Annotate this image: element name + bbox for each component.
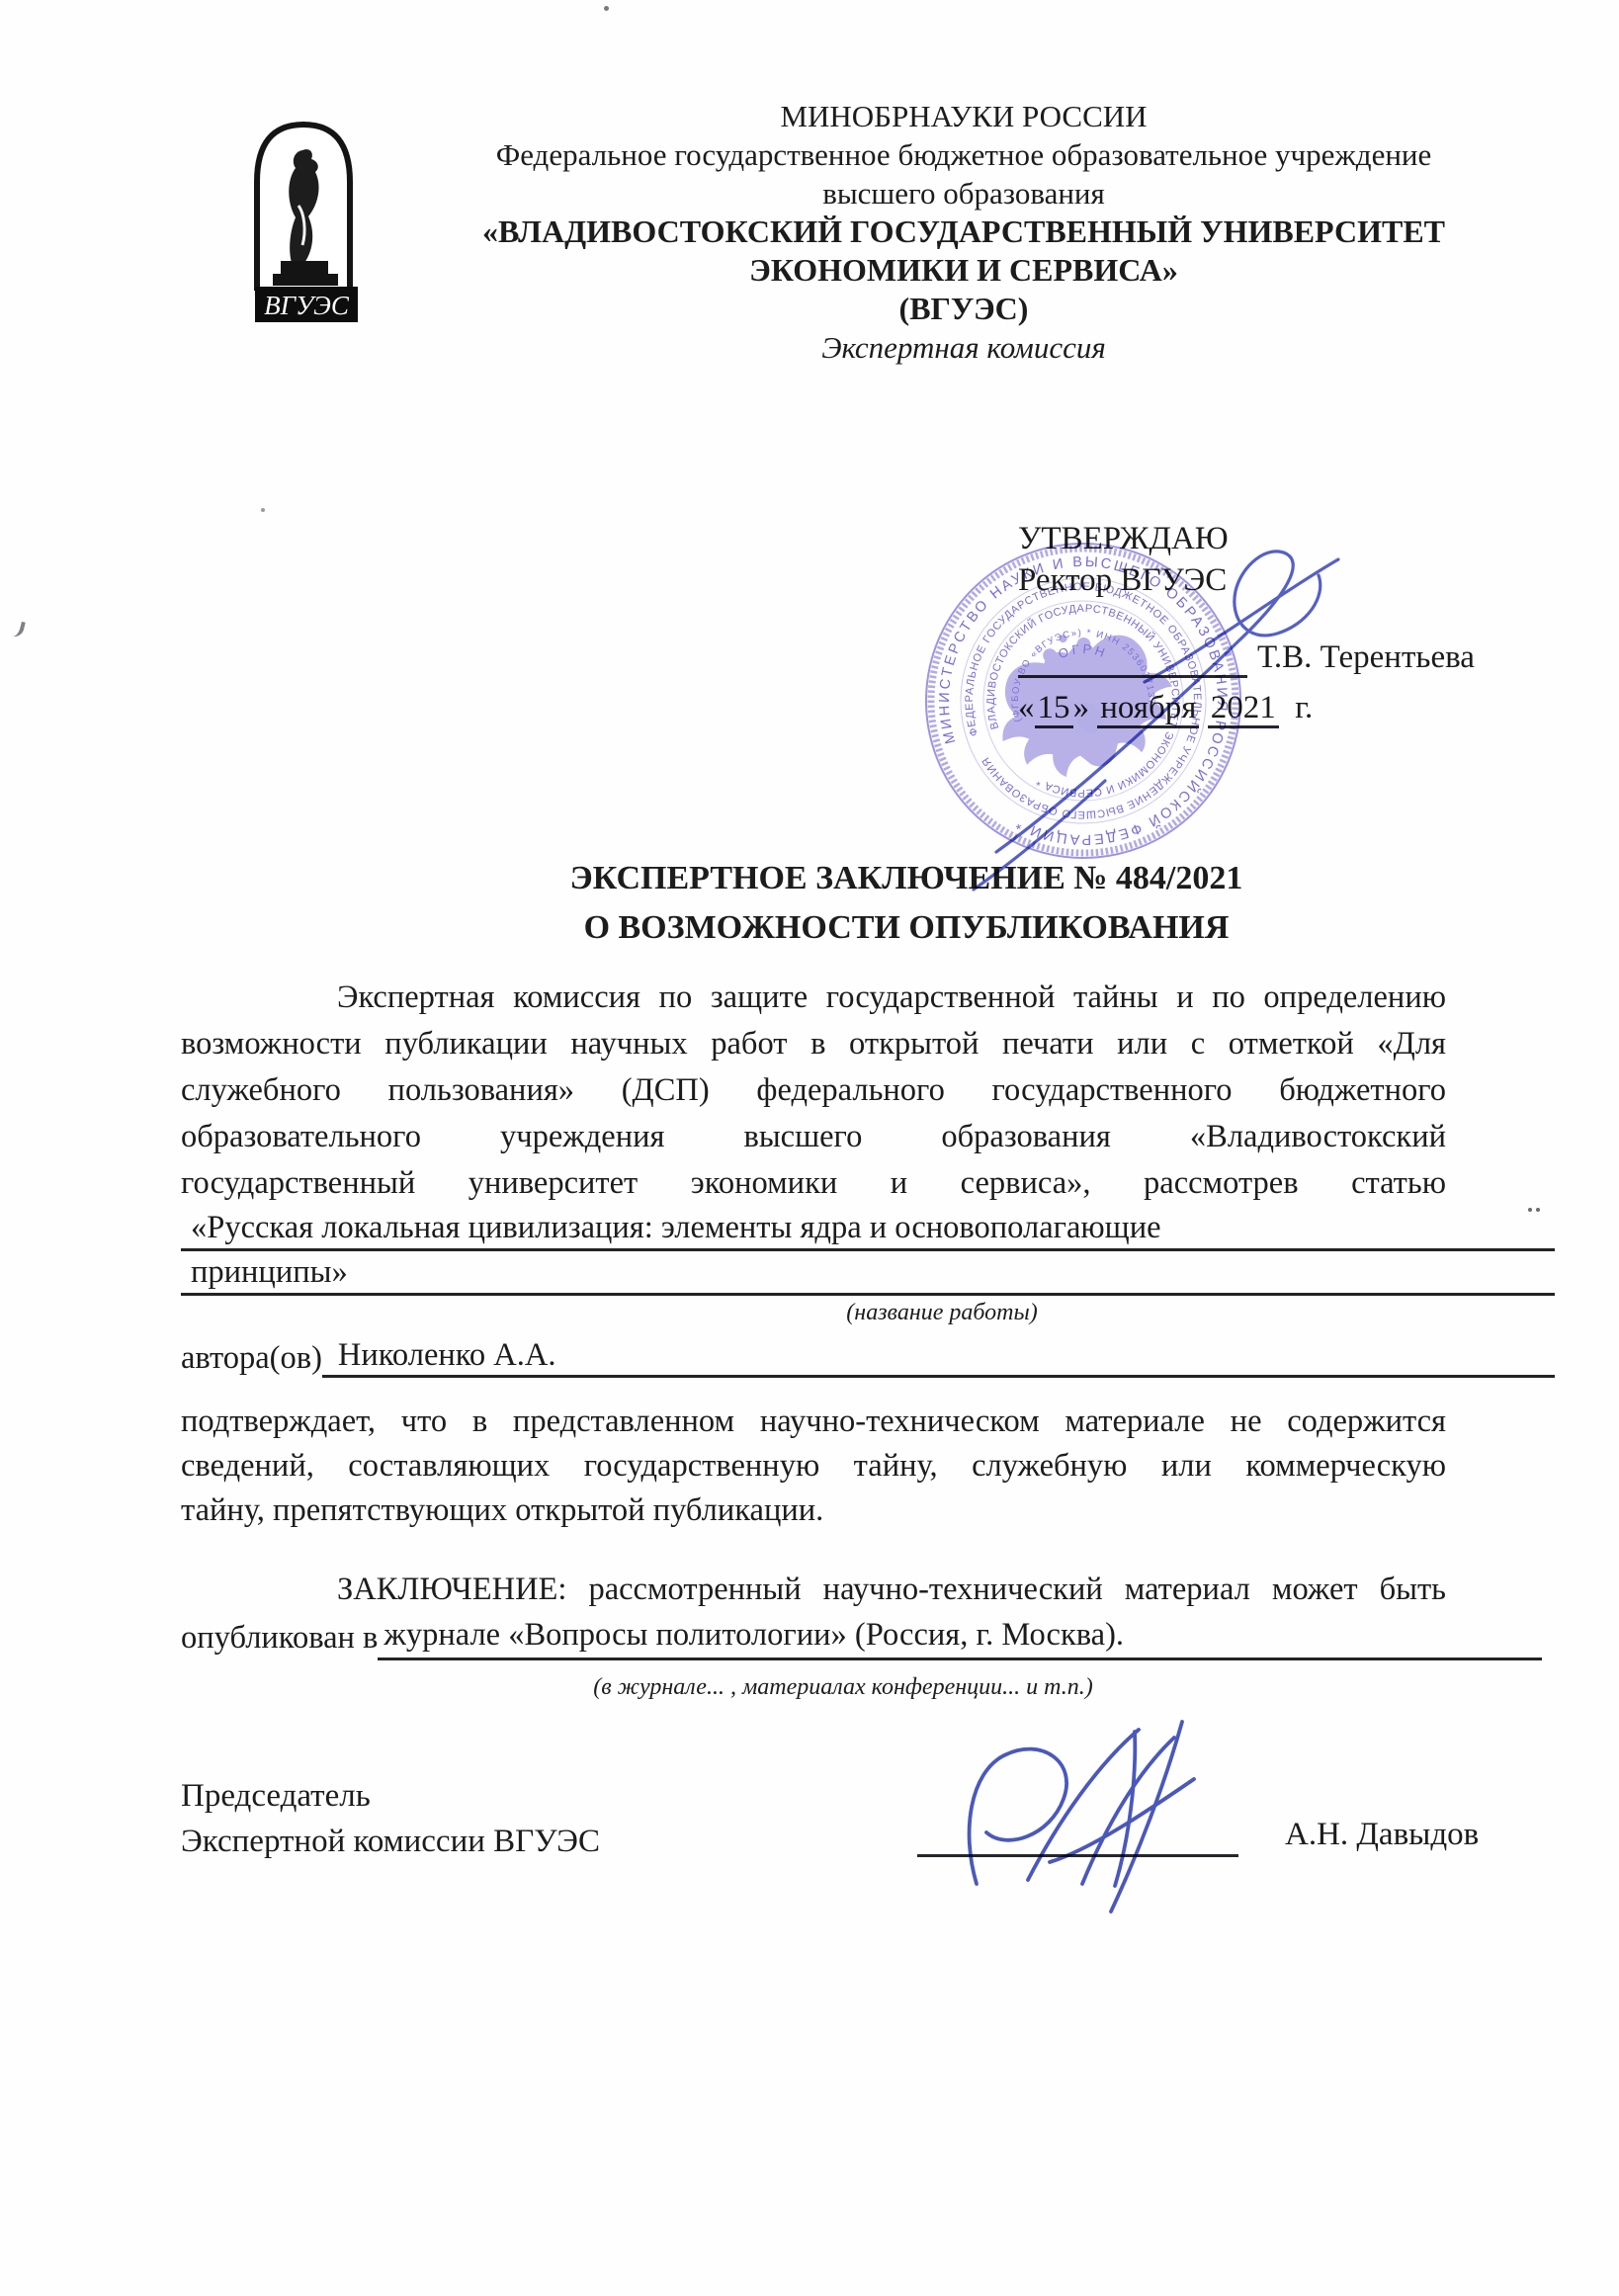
paragraph2: подтверждает, что в представленном научн… <box>181 1400 1446 1533</box>
conclusion-prefix: опубликован в <box>181 1615 378 1660</box>
scan-artifact <box>261 508 265 512</box>
university-name-line1: «ВЛАДИВОСТОКСКИЙ ГОСУДАРСТВЕННЫЙ УНИВЕРС… <box>415 213 1512 251</box>
conclusion-blank-line <box>1124 1658 1542 1660</box>
chairman-signature-ink <box>970 1722 1194 1912</box>
university-name-line2: ЭКОНОМИКИ И СЕРВИСА» <box>415 251 1512 290</box>
chairman-name: А.Н. Давыдов <box>1285 1817 1479 1853</box>
conclusion-journal-underlined: журнале «Вопросы политологии» (Россия, г… <box>378 1612 1124 1660</box>
paragraph1-line: государственный университет экономики и … <box>181 1160 1446 1207</box>
conclusion-line2: опубликован в журнале «Вопросы политолог… <box>181 1612 1542 1660</box>
author-name-underlined: Николенко А.А. <box>322 1335 1555 1378</box>
author-row: автора(ов) Николенко А.А. <box>181 1335 1555 1378</box>
official-round-stamp: МИНИСТЕРСТВО НАУКИ И ВЫСШЕГО ОБРАЗОВАНИЯ… <box>915 533 1251 869</box>
chairman-signature-line <box>917 1854 1238 1857</box>
scan-artifact <box>10 620 26 638</box>
paragraph1-line: образовательного учреждения высшего обра… <box>181 1114 1446 1160</box>
org-line1: Федеральное государственное бюджетное об… <box>415 135 1512 174</box>
university-abbr: (ВГУЭС) <box>415 290 1512 328</box>
paragraph2-line: тайну, препятствующих открытой публикаци… <box>181 1488 1446 1533</box>
university-logo: ВГУЭС <box>247 111 362 329</box>
paragraph1-line: возможности публикации научных работ в о… <box>181 1021 1446 1067</box>
letterhead: МИНОБРНАУКИ РОССИИ Федеральное государст… <box>415 97 1512 367</box>
document-title: ЭКСПЕРТНОЕ ЗАКЛЮЧЕНИЕ № 484/2021 О ВОЗМО… <box>247 854 1566 953</box>
work-title-caption: (название работы) <box>181 1300 1555 1325</box>
conclusion-section: ЗАКЛЮЧЕНИЕ: рассмотренный научно-техниче… <box>181 1567 1446 1700</box>
scan-artifact <box>1528 1199 1544 1203</box>
chairman-title-line2: Экспертной комиссии ВГУЭС <box>181 1819 600 1864</box>
chairman-title-line1: Председатель <box>181 1773 600 1819</box>
work-title-line2: принципы» <box>181 1251 1555 1296</box>
signoff-block: Председатель Экспертной комиссии ВГУЭС <box>181 1773 600 1864</box>
document-body: Экспертная комиссия по защите государств… <box>181 975 1446 1700</box>
logo-text: ВГУЭС <box>264 291 350 320</box>
conclusion-line1: ЗАКЛЮЧЕНИЕ: рассмотренный научно-техниче… <box>181 1567 1446 1612</box>
paragraph1-line: служебного пользования» (ДСП) федерально… <box>181 1067 1446 1114</box>
conclusion-caption: (в журнале... , материалах конференции..… <box>181 1674 1446 1700</box>
paragraph2-line: подтверждает, что в представленном научн… <box>181 1400 1446 1444</box>
org-line2: высшего образования <box>415 174 1512 213</box>
document-title-line1: ЭКСПЕРТНОЕ ЗАКЛЮЧЕНИЕ № 484/2021 <box>247 854 1566 903</box>
approver-name: Т.В. Терентьева <box>1257 637 1475 678</box>
stamp-rotated-group: МИНИСТЕРСТВО НАУКИ И ВЫСШЕГО ОБРАЗОВАНИЯ… <box>915 533 1251 869</box>
paragraph1-line: Экспертная комиссия по защите государств… <box>181 975 1446 1021</box>
author-label: автора(ов) <box>181 1338 322 1378</box>
ministry-name: МИНОБРНАУКИ РОССИИ <box>415 97 1512 135</box>
scan-artifact <box>604 6 609 11</box>
document-title-line2: О ВОЗМОЖНОСТИ ОПУБЛИКОВАНИЯ <box>247 903 1566 953</box>
emblem-base <box>273 274 338 286</box>
scanned-document-page: ВГУЭС МИНОБРНАУКИ РОССИИ Федеральное гос… <box>0 0 1619 2296</box>
date-era: г. <box>1295 690 1313 725</box>
work-title-line1: «Русская локальная цивилизация: элементы… <box>181 1207 1555 1251</box>
emblem-pedestal <box>281 261 328 274</box>
department-name: Экспертная комиссия <box>415 328 1512 367</box>
paragraph2-line: сведений, составляющих государственную т… <box>181 1444 1446 1488</box>
vgues-emblem-icon: ВГУЭС <box>247 111 362 324</box>
